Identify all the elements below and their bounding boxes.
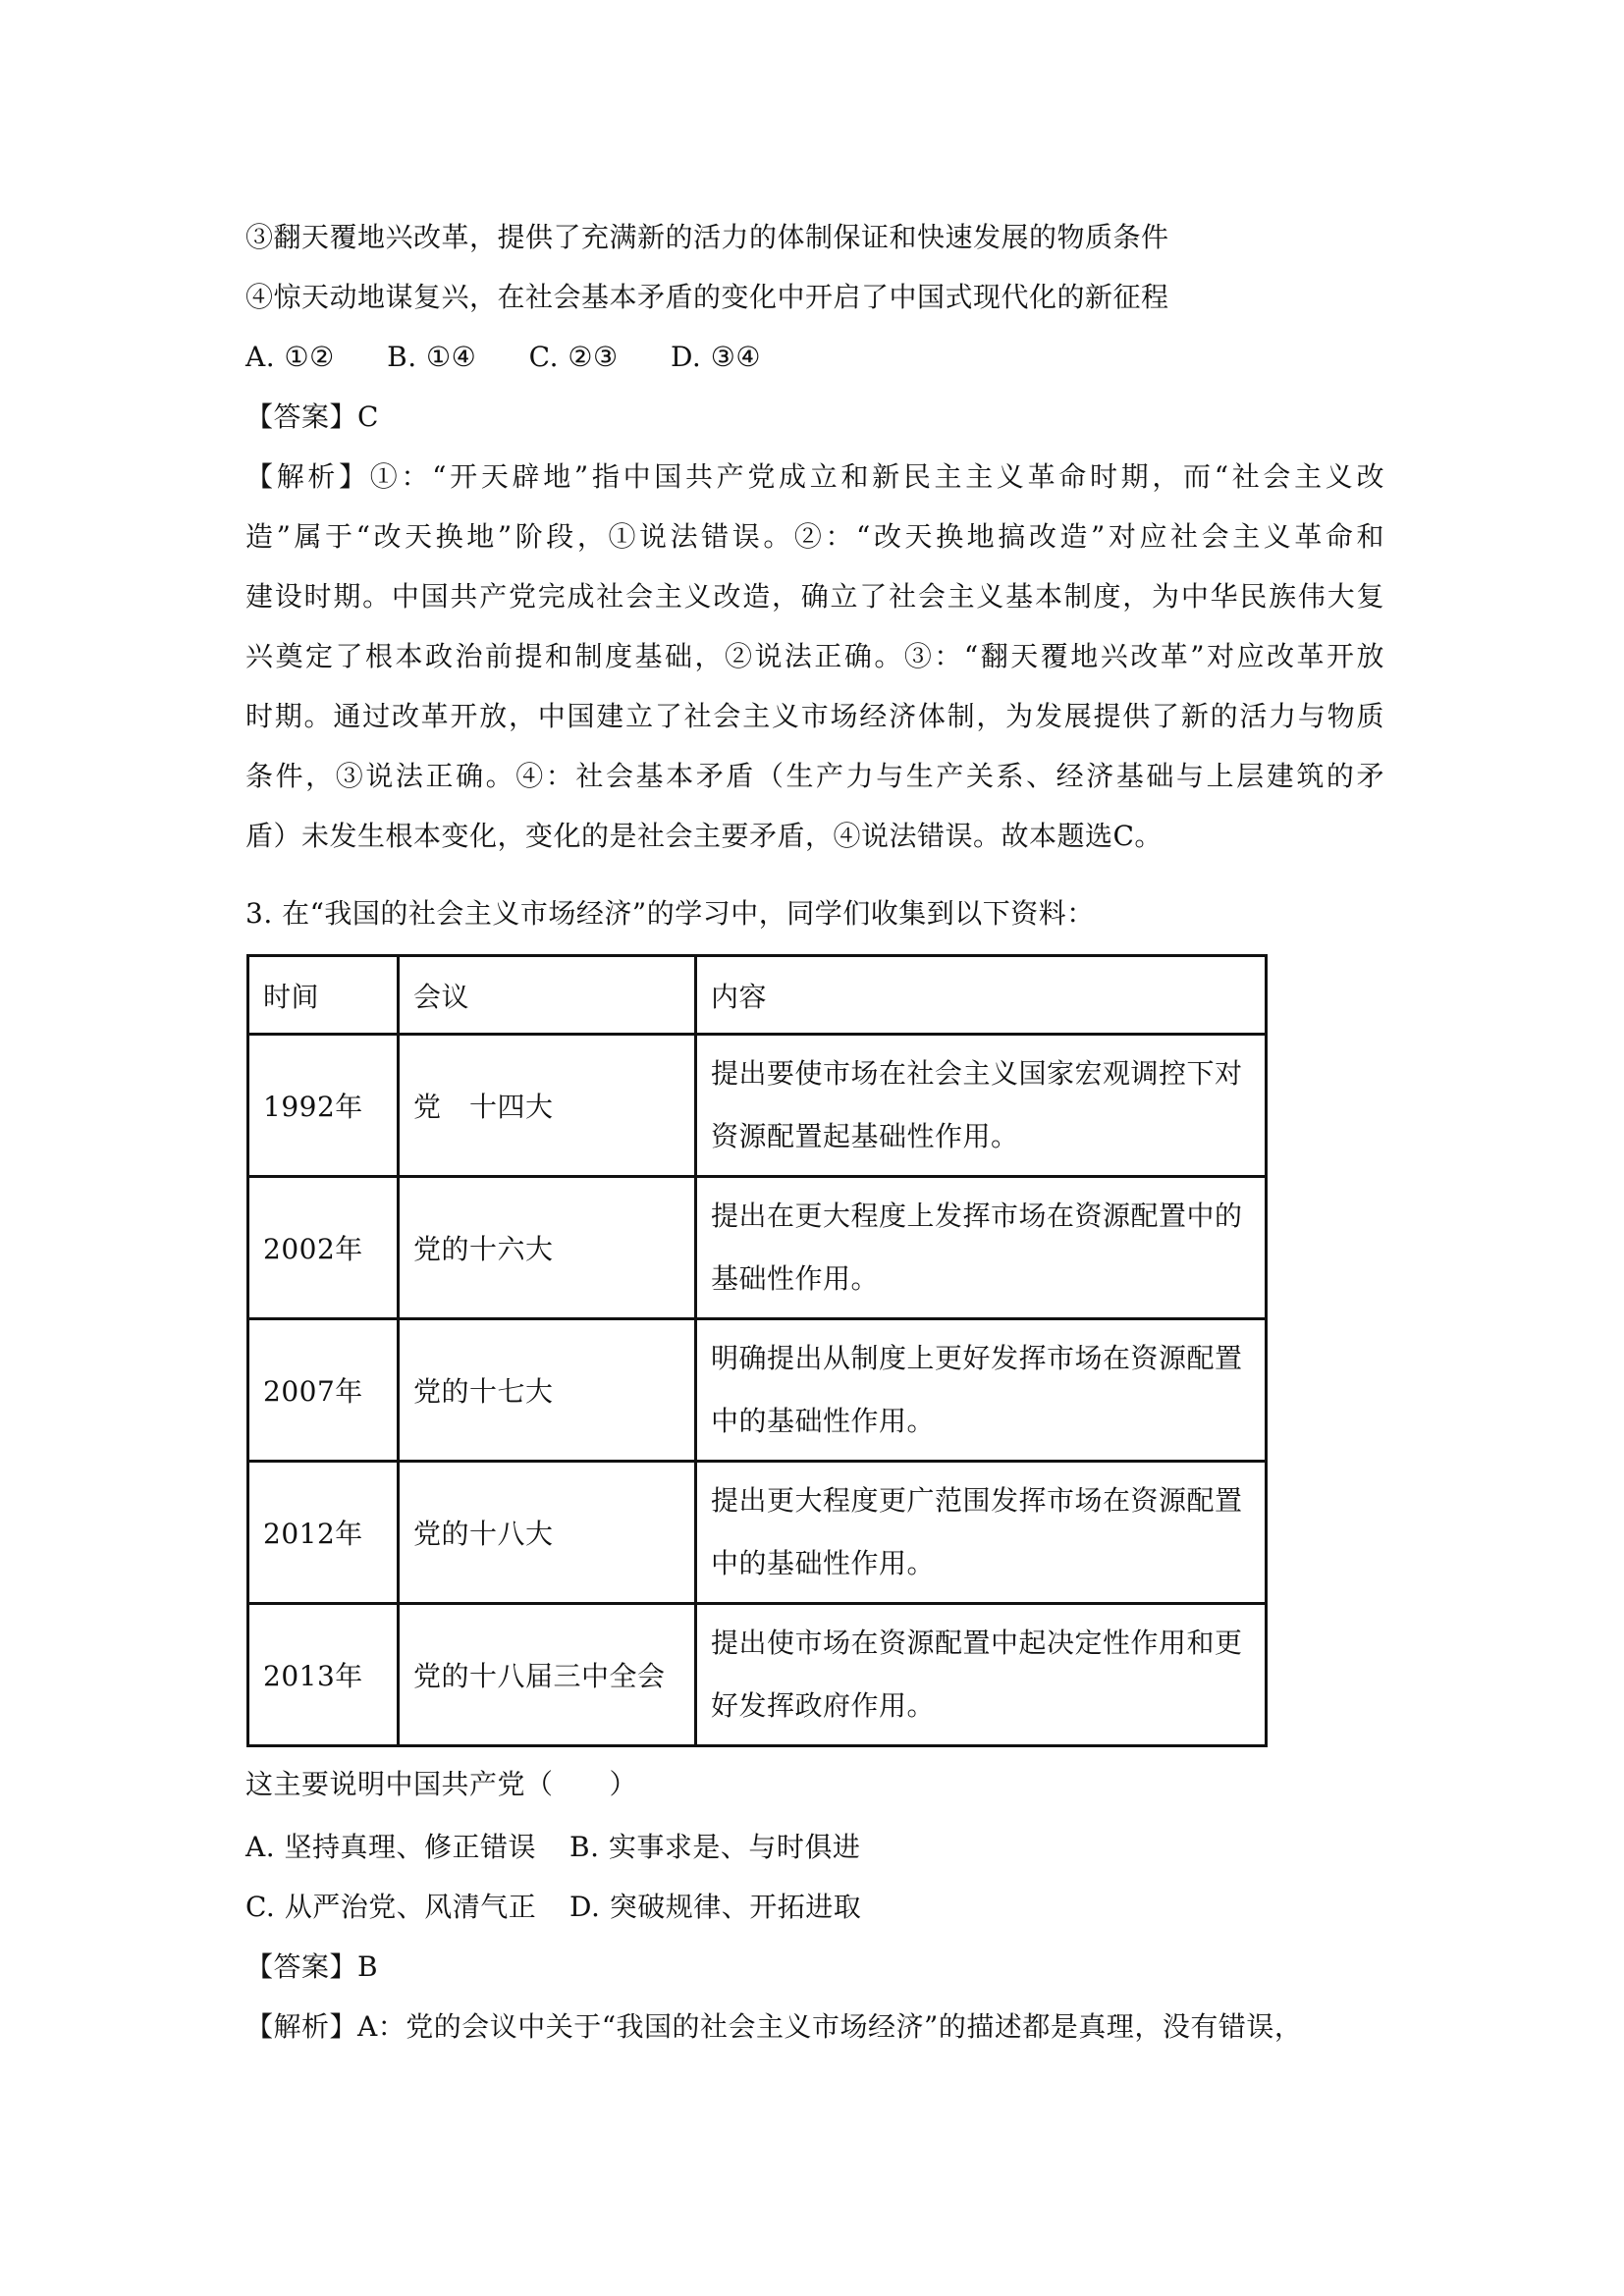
answer-line: 【答案】B — [245, 1949, 378, 1985]
cell-meeting: 党的十八届三中全会 — [399, 1604, 696, 1746]
analysis-line: 【解析】①：“开天辟地”指中国共产党成立和新民主主义革命时期，而“社会主义改 — [245, 459, 1384, 495]
answer-value: B — [357, 1950, 378, 1983]
question-prompt: 这主要说明中国共产党（ ） — [245, 1767, 637, 1802]
materials-table: 时间 会议 内容 1992年 党 十四大 提出要使市场在社会主义国家宏观调控下对… — [246, 954, 1268, 1747]
option-line-4: ④惊天动地谋复兴，在社会基本矛盾的变化中开启了中国式现代化的新征程 — [245, 280, 1169, 315]
cell-meeting: 党的十七大 — [399, 1319, 696, 1462]
answer-value: C — [357, 400, 379, 433]
choice-c: C. 从严治党、风清气正 — [245, 1890, 569, 1925]
content-line: 中的基础性作用。 — [711, 1532, 1251, 1595]
document-page: ③翻天覆地兴改革，提供了充满新的活力的体制保证和快速发展的物质条件 ④惊天动地谋… — [0, 0, 1624, 2296]
table-row: 2013年 党的十八届三中全会 提出使市场在资源配置中起决定性作用和更 好发挥政… — [248, 1604, 1267, 1746]
cell-year: 2013年 — [248, 1604, 399, 1746]
cell-meeting: 党 十四大 — [399, 1035, 696, 1177]
cell-year: 2012年 — [248, 1462, 399, 1604]
choice-b: B. 实事求是、与时俱进 — [569, 1830, 893, 1865]
table-header-row: 时间 会议 内容 — [248, 956, 1267, 1035]
content-line: 明确提出从制度上更好发挥市场在资源配置 — [711, 1327, 1251, 1390]
choice-a: A. ①② — [245, 340, 335, 375]
analysis-line: 条件，③说法正确。④：社会基本矛盾（生产力与生产关系、经济基础与上层建筑的矛 — [245, 759, 1384, 794]
table-row: 2007年 党的十七大 明确提出从制度上更好发挥市场在资源配置 中的基础性作用。 — [248, 1319, 1267, 1462]
cell-content: 提出要使市场在社会主义国家宏观调控下对 资源配置起基础性作用。 — [696, 1035, 1267, 1177]
analysis-line: 建设时期。中国共产党完成社会主义改造，确立了社会主义基本制度，为中华民族伟大复 — [245, 579, 1384, 614]
cell-meeting: 党的十八大 — [399, 1462, 696, 1604]
choice-row: A. ①② B. ①④ C. ②③ D. ③④ — [245, 340, 761, 375]
choice-row: A. 坚持真理、修正错误B. 实事求是、与时俱进 — [245, 1830, 893, 1865]
analysis-line: 时期。通过改革开放，中国建立了社会主义市场经济体制，为发展提供了新的活力与物质 — [245, 699, 1384, 734]
answer-line: 【答案】C — [245, 400, 379, 435]
cell-year: 2007年 — [248, 1319, 399, 1462]
choice-a: A. 坚持真理、修正错误 — [245, 1830, 569, 1865]
analysis-line: 【解析】A：党的会议中关于“我国的社会主义市场经济”的描述都是真理，没有错误， — [245, 2009, 1302, 2045]
cell-meeting: 党的十六大 — [399, 1177, 696, 1319]
content-line: 提出在更大程度上发挥市场在资源配置中的 — [711, 1185, 1251, 1248]
content-line: 提出更大程度更广范围发挥市场在资源配置 — [711, 1469, 1251, 1532]
cell-year: 2002年 — [248, 1177, 399, 1319]
choice-d: D. ③④ — [671, 340, 761, 375]
table-row: 2002年 党的十六大 提出在更大程度上发挥市场在资源配置中的 基础性作用。 — [248, 1177, 1267, 1319]
option-line-3: ③翻天覆地兴改革，提供了充满新的活力的体制保证和快速发展的物质条件 — [245, 220, 1169, 255]
choice-b: B. ①④ — [387, 340, 476, 375]
content-line: 好发挥政府作用。 — [711, 1675, 1251, 1737]
content-line: 中的基础性作用。 — [711, 1390, 1251, 1453]
answer-label: 【答案】 — [245, 400, 357, 433]
cell-content: 提出在更大程度上发挥市场在资源配置中的 基础性作用。 — [696, 1177, 1267, 1319]
choice-row: C. 从严治党、风清气正D. 突破规律、开拓进取 — [245, 1890, 893, 1925]
answer-label: 【答案】 — [245, 1950, 357, 1983]
content-line: 基础性作用。 — [711, 1248, 1251, 1310]
question-stem: 3. 在“我国的社会主义市场经济”的学习中，同学们收集到以下资料： — [245, 896, 1095, 932]
analysis-line: 兴奠定了根本政治前提和制度基础，②说法正确。③：“翻天覆地兴改革”对应改革开放 — [245, 639, 1384, 674]
content-line: 提出要使市场在社会主义国家宏观调控下对 — [711, 1042, 1251, 1105]
header-meeting: 会议 — [399, 956, 696, 1035]
cell-content: 提出更大程度更广范围发挥市场在资源配置 中的基础性作用。 — [696, 1462, 1267, 1604]
analysis-line: 盾）未发生根本变化，变化的是社会主要矛盾，④说法错误。故本题选C。 — [245, 819, 1163, 854]
content-line: 提出使市场在资源配置中起决定性作用和更 — [711, 1612, 1251, 1675]
table-row: 2012年 党的十八大 提出更大程度更广范围发挥市场在资源配置 中的基础性作用。 — [248, 1462, 1267, 1604]
content-line: 资源配置起基础性作用。 — [711, 1105, 1251, 1168]
analysis-line: 造”属于“改天换地”阶段，①说法错误。②：“改天换地搞改造”对应社会主义革命和 — [245, 519, 1384, 555]
choice-c: C. ②③ — [529, 340, 619, 375]
cell-year: 1992年 — [248, 1035, 399, 1177]
cell-content: 提出使市场在资源配置中起决定性作用和更 好发挥政府作用。 — [696, 1604, 1267, 1746]
header-time: 时间 — [248, 956, 399, 1035]
header-content: 内容 — [696, 956, 1267, 1035]
choice-d: D. 突破规律、开拓进取 — [569, 1890, 893, 1925]
cell-content: 明确提出从制度上更好发挥市场在资源配置 中的基础性作用。 — [696, 1319, 1267, 1462]
table-row: 1992年 党 十四大 提出要使市场在社会主义国家宏观调控下对 资源配置起基础性… — [248, 1035, 1267, 1177]
